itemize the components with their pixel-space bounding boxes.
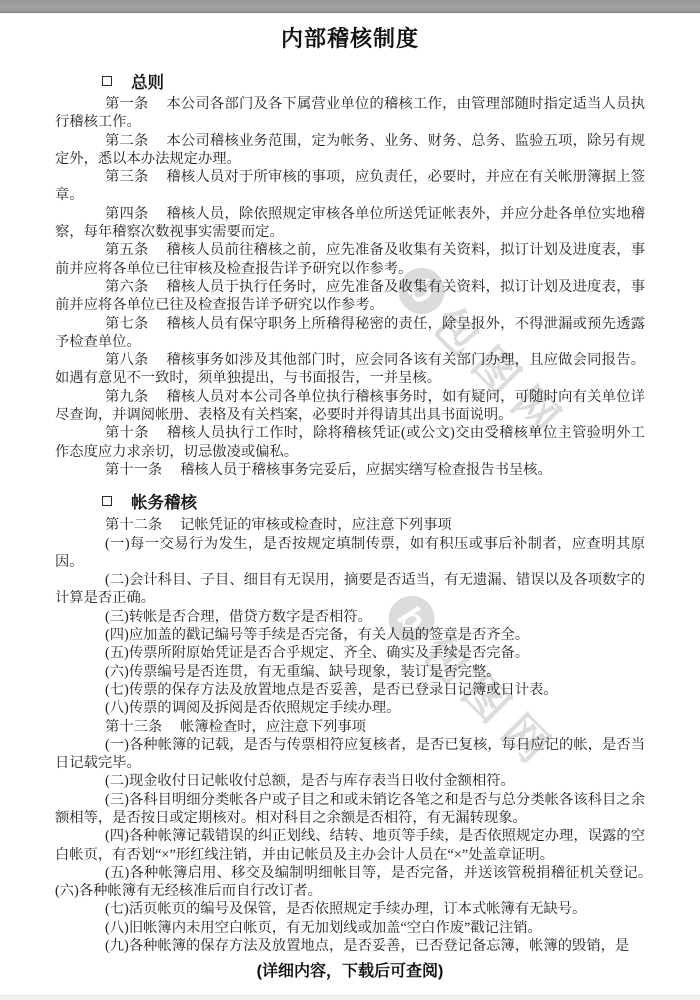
clause-paragraph: (九)各种帐簿的保存方法及放置地点，是否妥善，已否登记备忘簿，帐簿的毁销，是 <box>55 937 645 955</box>
clause-label: (七) <box>105 682 129 698</box>
clause-paragraph: (二)现金收付日记帐收付总额，是否与库存表当日收付金额相符。 <box>55 772 645 790</box>
clause-text: 现金收付日记帐收付总额，是否与库存表当日收付金额相符。 <box>129 773 515 789</box>
article-label: 第四条 <box>105 206 149 222</box>
article-label: 第十三条 <box>105 719 162 735</box>
clause-label: (八) <box>105 920 129 936</box>
article-paragraph: 第一条本公司各部门及各下属营业单位的稽核工作，由管理部随时指定适当人员执行稽核工… <box>55 95 645 132</box>
clause-paragraph: (一)每一交易行为发生，是否按规定填制传票，如有积压或事后补制者，应查明其原因。 <box>55 535 645 572</box>
article-paragraph: 第四条稽核人员，除依照规定审核各单位所送凭证帐表外，并应分赴各单位实地稽察，每年… <box>55 205 645 242</box>
article-paragraph: 第九条稽核人员对本公司各单位执行稽核事务时，如有疑问，可随时向有关单位详尽查询，… <box>55 388 645 425</box>
article-label: 第三条 <box>105 169 149 185</box>
section-heading-label: 总则 <box>131 69 164 93</box>
document-page: b 包图网 b 包图网 内部稽核制度 总则 第一条本公司各部门及各下属营业单位的… <box>0 0 700 1000</box>
section-heading-general: 总则 <box>55 69 645 93</box>
article-paragraph: 第三条稽核人员对于所审核的事项，应负责任，必要时，并应在有关帐册簿据上签章。 <box>55 168 645 205</box>
clause-label: (九) <box>105 938 129 954</box>
article-label: 第八条 <box>105 352 149 368</box>
article-label: 第五条 <box>105 242 149 258</box>
clause-text: 每一交易行为发生，是否按规定填制传票，如有积压或事后补制者，应查明其原因。 <box>55 536 645 570</box>
clause-paragraph: (四)各种帐簿记载错误的纠正划线、结转、地页等手续，是否依照规定办理，误露的空白… <box>55 827 645 864</box>
clause-paragraph: (六)传票编号是否连贯，有无重编、缺号现象，装订是否完整。 <box>55 663 645 681</box>
clause-paragraph: (三)各科目明细分类帐各户或子目之和或未销讫各笔之和是否与总分类帐各该科目之余额… <box>55 791 645 828</box>
article-paragraph: 第七条稽核人员有保守职务上所稽得秘密的责任，除呈报外，不得泄漏或预先透露予检查单… <box>55 315 645 352</box>
article-label: 第一条 <box>105 96 149 112</box>
article-paragraph: 第十一条稽核人员于稽核事务完妥后，应据实缮写检查报告书呈核。 <box>55 461 645 479</box>
clause-label: (二) <box>105 773 129 789</box>
article-paragraph: 第六条稽核人员于执行任务时，应先准备及收集有关资料，拟订计划及进度表，事前并应将… <box>55 278 645 315</box>
clause-text: 转帐是否合理，借贷方数字是否相符。 <box>129 609 372 625</box>
article-label: 第九条 <box>105 389 149 405</box>
article-paragraph: 第十二条记帐凭证的审核或检查时，应注意下列事项 <box>55 516 645 534</box>
article-label: 第十二条 <box>105 517 162 533</box>
clause-label: (一) <box>105 536 130 552</box>
clause-paragraph: (五)各种帐簿启用、移交及编制明细帐目等，是否完备，并送该管税捐稽征机关登记。 … <box>55 864 645 901</box>
article-paragraph: 第二条本公司稽核业务范围，定为帐务、业务、财务、总务、监验五项，除另有规定外，悉… <box>55 132 645 169</box>
clause-paragraph: (二)会计科目、子目、细目有无误用，摘要是否适当，有无遗漏、错误以及各项数字的计… <box>55 571 645 608</box>
clause-paragraph: (七)活页帐页的编号及保管，是否依照规定手续办理，订本式帐簿有无缺号。 <box>55 900 645 918</box>
section-heading-account-audit: 帐务稽核 <box>55 489 645 513</box>
clause-paragraph: (八)旧帐簿内未用空白帐页，有无加划线或加盖“空白作废”戳记注销。 <box>55 919 645 937</box>
section-heading-label: 帐务稽核 <box>131 489 197 513</box>
clause-text: 活页帐页的编号及保管，是否依照规定手续办理，订本式帐簿有无缺号。 <box>129 901 587 917</box>
clause-paragraph: (四)应加盖的戳记编号等手续是否完备，有关人员的签章是否齐全。 <box>55 626 645 644</box>
bottom-gray-bar <box>0 995 700 1000</box>
clause-text: 各种帐簿的保存方法及放置地点，是否妥善，已否登记备忘簿，帐簿的毁销，是 <box>129 938 629 954</box>
clause-text: 应加盖的戳记编号等手续是否完备，有关人员的签章是否齐全。 <box>129 627 529 643</box>
clause-text: 传票的保存方法及放置地点是否妥善，是否已登录日记簿或日计表。 <box>129 682 558 698</box>
clause-paragraph: (五)传票所附原始凭证是否合乎规定、齐全、确实及手续是否完备。 <box>55 644 645 662</box>
clause-label: (六) <box>105 664 129 680</box>
clause-label: (二) <box>105 572 129 588</box>
clause-text: 旧帐簿内未用空白帐页，有无加划线或加盖“空白作废”戳记注销。 <box>129 920 542 936</box>
square-bullet-icon <box>102 76 112 86</box>
top-gray-bar <box>0 0 700 13</box>
page-title: 内部稽核制度 <box>55 22 645 53</box>
clause-label: (四) <box>105 828 129 844</box>
clause-text: 会计科目、子目、细目有无误用，摘要是否适当，有无遗漏、错误以及各项数字的计算是否… <box>55 572 645 606</box>
clause-label: (五) <box>105 865 129 881</box>
article-paragraph: 第五条稽核人员前往稽核之前，应先准备及收集有关资料，拟订计划及进度表，事前并应将… <box>55 241 645 278</box>
article-label: 第十一条 <box>105 462 162 478</box>
clause-paragraph: (一)各种帐簿的记载，是否与传票相符应复核者，是否已复核，每日应记的帐，是否当日… <box>55 736 645 773</box>
article-text: 记帐凭证的审核或检查时，应注意下列事项 <box>180 517 452 533</box>
clause-text: 各种帐簿的记载，是否与传票相符应复核者，是否已复核，每日应记的帐，是否当日记载完… <box>55 737 645 771</box>
clause-label: (八) <box>105 700 129 716</box>
clause-label: (七) <box>105 901 129 917</box>
clause-label: (三) <box>105 792 129 808</box>
clause-text: 传票所附原始凭证是否合乎规定、齐全、确实及手续是否完备。 <box>129 645 529 661</box>
article-paragraph: 第十三条帐簿检查时，应注意下列事项 <box>55 718 645 736</box>
article-paragraph: 第十条稽核人员执行工作时，除将稽核凭证(或公文)交由受稽核单位主管验明外工作态度… <box>55 424 645 461</box>
clause-paragraph: (七)传票的保存方法及放置地点是否妥善，是否已登录日记簿或日计表。 <box>55 681 645 699</box>
clause-text: 传票编号是否连贯，有无重编、缺号现象，装订是否完整。 <box>129 664 501 680</box>
article-label: 第六条 <box>105 279 149 295</box>
clause-paragraph: (八)传票的调阅及拆阅是否依照规定手续办理。 <box>55 699 645 717</box>
article-label: 第十条 <box>105 425 149 441</box>
clause-paragraph: (三)转帐是否合理，借贷方数字是否相符。 <box>55 608 645 626</box>
article-text: 帐簿检查时，应注意下列事项 <box>180 719 366 735</box>
document-body: 内部稽核制度 总则 第一条本公司各部门及各下属营业单位的稽核工作，由管理部随时指… <box>0 13 700 955</box>
clause-label: (三) <box>105 609 129 625</box>
clause-text: 各种帐簿记载错误的纠正划线、结转、地页等手续，是否依照规定办理，误露的空白帐页，… <box>55 828 645 862</box>
article-label: 第二条 <box>105 133 149 149</box>
article-label: 第七条 <box>105 316 149 332</box>
clause-label: (一) <box>105 737 129 753</box>
footer-note: (详细内容，下载后可查阅) <box>0 958 700 981</box>
article-text: 稽核人员于稽核事务完妥后，应据实缮写检查报告书呈核。 <box>180 462 552 478</box>
square-bullet-icon <box>102 496 112 506</box>
clause-text: 传票的调阅及拆阅是否依照规定手续办理。 <box>129 700 401 716</box>
clause-label: (四) <box>105 627 129 643</box>
clause-text: 各种帐簿启用、移交及编制明细帐目等，是否完备，并送该管税捐稽征机关登记。 (六)… <box>55 865 659 899</box>
clause-text: 各科目明细分类帐各户或子目之和或未销讫各笔之和是否与总分类帐各该科目之余额相等，… <box>55 792 645 826</box>
clause-label: (五) <box>105 645 129 661</box>
article-paragraph: 第八条稽核事务如涉及其他部门时，应会同各该有关部门办理，且应做会同报告。如遇有意… <box>55 351 645 388</box>
